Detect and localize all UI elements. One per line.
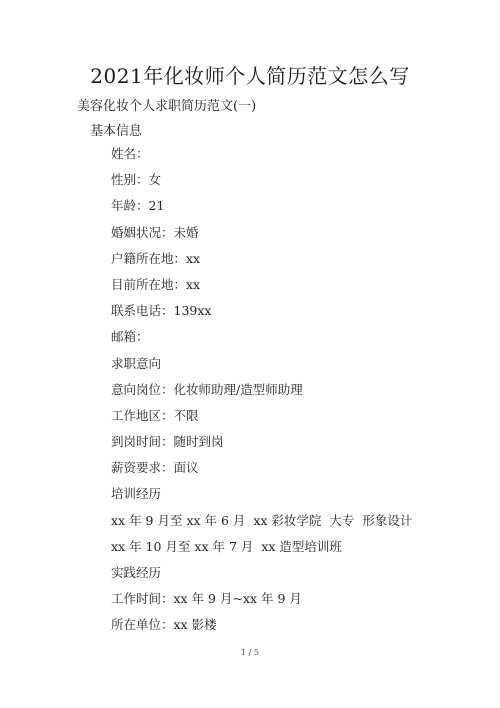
document-subtitle: 美容化妆个人求职简历范文(一) [77,95,256,114]
line-work-area: 工作地区：不限 [111,409,412,435]
page-title: 2021年化妆师个人简历范文怎么写 [0,60,500,89]
line-hukou: 户籍所在地：xx [111,252,412,278]
line-current-location: 目前所在地：xx [111,278,412,304]
line-age: 年龄：21 [111,199,412,225]
line-gender: 性别：女 [111,173,412,199]
section-heading-job-intent: 求职意向 [111,357,412,383]
resume-lines: 姓名： 性别：女 年龄：21 婚姻状况：未婚 户籍所在地：xx 目前所在地：xx… [111,147,412,645]
page-indicator: 1 / 5 [0,648,500,657]
line-salary: 薪资要求：面议 [111,461,412,487]
line-work-time: 工作时间：xx 年 9 月~xx 年 9 月 [111,592,412,618]
line-training-1: xx 年 9 月至 xx 年 6 月 xx 彩妆学院 大专 形象设计 [111,514,412,540]
line-desired-position: 意向岗位：化妆师助理/造型师助理 [111,383,412,409]
line-email: 邮箱： [111,330,412,356]
section-heading-practice: 实践经历 [111,566,412,592]
line-phone: 联系电话：139xx [111,304,412,330]
line-employer: 所在单位：xx 影楼 [111,618,412,644]
line-start-time: 到岗时间：随时到岗 [111,435,412,461]
line-training-2: xx 年 10 月至 xx 年 7 月 xx 造型培训班 [111,540,412,566]
line-name: 姓名： [111,147,412,173]
section-heading-training: 培训经历 [111,487,412,513]
section-heading-basic-info: 基本信息 [90,120,142,139]
line-marital-status: 婚姻状况：未婚 [111,226,412,252]
